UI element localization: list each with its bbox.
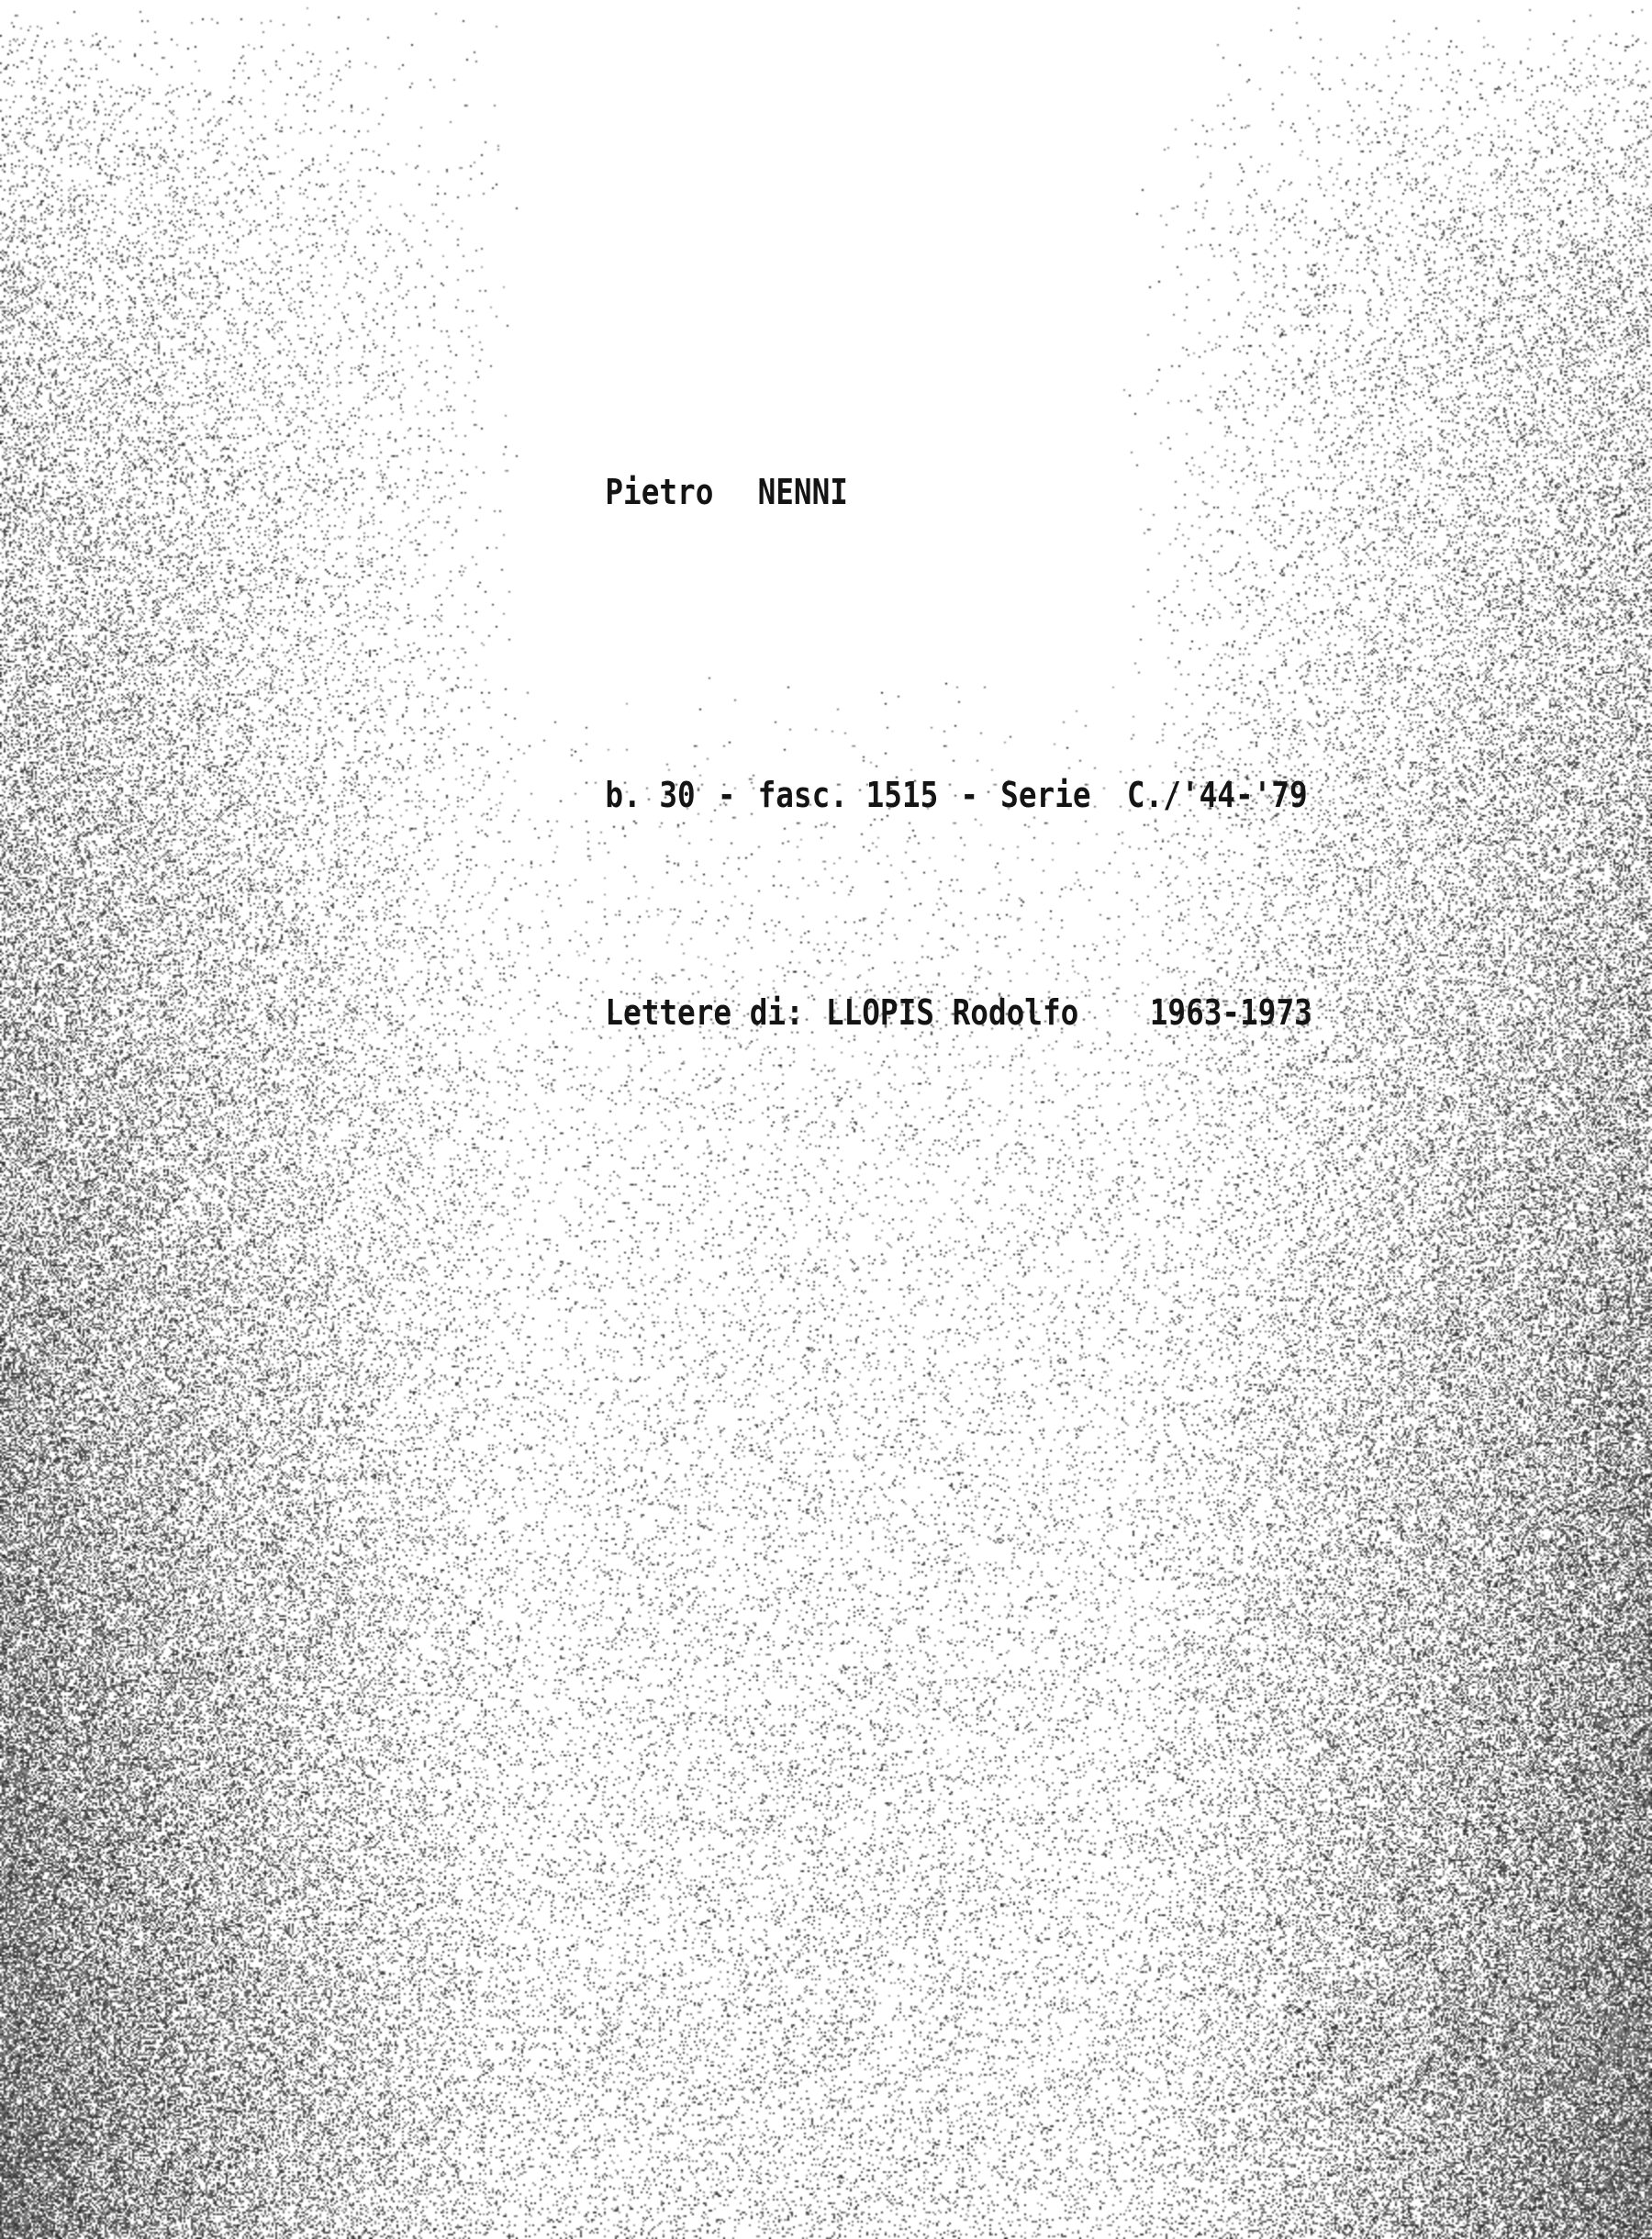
letters-line: Lettere di:LLOPIS Rodolfo1963-1973 <box>569 952 1312 1033</box>
archive-reference-line: b. 30-fasc. 1515-Serie C./'44-'79 <box>569 734 1308 815</box>
archive-owner-heading: PietroNENNI <box>569 431 848 512</box>
busta-number: b. 30 <box>605 775 695 815</box>
date-range: 1963-1973 <box>1150 992 1312 1033</box>
fascicolo-number: fasc. 1515 <box>758 775 939 815</box>
owner-first-name: Pietro <box>605 472 713 512</box>
scan-noise-background <box>0 0 1652 2239</box>
separator: - <box>718 775 736 815</box>
letters-label: Lettere di: <box>605 992 803 1033</box>
separator: - <box>960 775 978 815</box>
serie-label: Serie C./'44-'79 <box>1000 775 1307 815</box>
owner-last-name: NENNI <box>758 472 848 512</box>
correspondent-name: LLOPIS Rodolfo <box>826 992 1078 1033</box>
